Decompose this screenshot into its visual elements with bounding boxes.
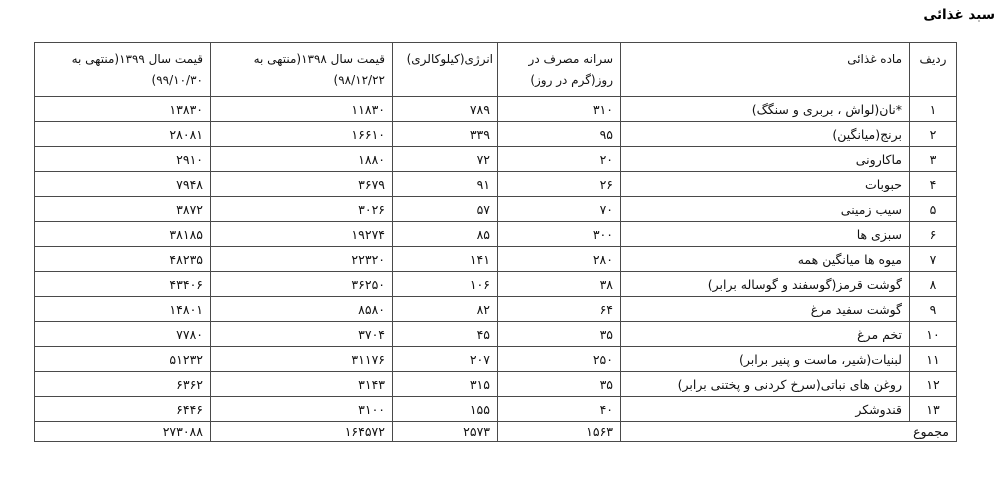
food-item-cell: قندوشکر <box>621 397 910 422</box>
consumption-cell: ۹۵ <box>498 122 621 147</box>
row-number-cell: ۹ <box>910 297 957 322</box>
food-item-cell: *نان(لواش ، بربری و سنگگ) <box>621 97 910 122</box>
total-price-1398-cell: ۱۶۴۵۷۲ <box>211 422 393 442</box>
consumption-cell: ۳۸ <box>498 272 621 297</box>
row-number-cell: ۸ <box>910 272 957 297</box>
price-1399-cell: ۵۱۲۳۲ <box>35 347 211 372</box>
food-item-cell: ماکارونی <box>621 147 910 172</box>
table-row: ۹گوشت سفید مرغ۶۴۸۲۸۵۸۰۱۴۸۰۱ <box>35 297 957 322</box>
energy-cell: ۲۰۷ <box>393 347 498 372</box>
energy-cell: ۵۷ <box>393 197 498 222</box>
header-row: ردیف ماده غذائی سرانه مصرف در روز(گرم در… <box>35 43 957 97</box>
food-basket-table: ردیف ماده غذائی سرانه مصرف در روز(گرم در… <box>34 42 957 442</box>
price-1399-cell: ۴۸۲۳۵ <box>35 247 211 272</box>
row-number-cell: ۱ <box>910 97 957 122</box>
price-1399-cell: ۳۸۱۸۵ <box>35 222 211 247</box>
price-1398-cell: ۳۱۱۷۶ <box>211 347 393 372</box>
row-number-cell: ۱۰ <box>910 322 957 347</box>
consumption-cell: ۲۶ <box>498 172 621 197</box>
price-1399-cell: ۶۴۴۶ <box>35 397 211 422</box>
price-1399-cell: ۲۸۰۸۱ <box>35 122 211 147</box>
total-consumption-cell: ۱۵۶۳ <box>498 422 621 442</box>
energy-cell: ۷۲ <box>393 147 498 172</box>
row-number-cell: ۶ <box>910 222 957 247</box>
row-number-cell: ۱۱ <box>910 347 957 372</box>
price-1398-cell: ۳۰۲۶ <box>211 197 393 222</box>
table-row: ۶سبزی ها۳۰۰۸۵۱۹۲۷۴۳۸۱۸۵ <box>35 222 957 247</box>
price-1398-cell: ۳۶۲۵۰ <box>211 272 393 297</box>
consumption-cell: ۳۵ <box>498 322 621 347</box>
price-1398-cell: ۱۹۲۷۴ <box>211 222 393 247</box>
row-number-cell: ۳ <box>910 147 957 172</box>
price-1398-cell: ۱۱۸۳۰ <box>211 97 393 122</box>
price-1398-cell: ۳۱۴۳ <box>211 372 393 397</box>
consumption-cell: ۲۵۰ <box>498 347 621 372</box>
total-row: مجموع ۱۵۶۳ ۲۵۷۳ ۱۶۴۵۷۲ ۲۷۳۰۸۸ <box>35 422 957 442</box>
price-1398-cell: ۳۷۰۴ <box>211 322 393 347</box>
total-label: مجموع <box>621 422 957 442</box>
page: سبد غذائی ردیف ماده غذائی سرانه مصرف در … <box>0 0 1007 484</box>
price-1398-cell: ۱۶۶۱۰ <box>211 122 393 147</box>
energy-cell: ۳۱۵ <box>393 372 498 397</box>
energy-cell: ۸۲ <box>393 297 498 322</box>
row-number-cell: ۱۳ <box>910 397 957 422</box>
food-item-cell: سبزی ها <box>621 222 910 247</box>
price-1399-cell: ۷۹۴۸ <box>35 172 211 197</box>
consumption-cell: ۴۰ <box>498 397 621 422</box>
row-number-cell: ۷ <box>910 247 957 272</box>
col-header-food-item: ماده غذائی <box>621 43 910 97</box>
table-row: ۳ماکارونی۲۰۷۲۱۸۸۰۲۹۱۰ <box>35 147 957 172</box>
consumption-cell: ۲۸۰ <box>498 247 621 272</box>
price-1399-cell: ۱۴۸۰۱ <box>35 297 211 322</box>
row-number-cell: ۱۲ <box>910 372 957 397</box>
row-number-cell: ۵ <box>910 197 957 222</box>
table-row: ۸گوشت قرمز(گوسفند و گوساله برابر)۳۸۱۰۶۳۶… <box>35 272 957 297</box>
consumption-cell: ۲۰ <box>498 147 621 172</box>
price-1399-cell: ۶۳۶۲ <box>35 372 211 397</box>
price-1399-cell: ۳۸۷۲ <box>35 197 211 222</box>
total-energy-cell: ۲۵۷۳ <box>393 422 498 442</box>
table-row: ۴حبوبات۲۶۹۱۳۶۷۹۷۹۴۸ <box>35 172 957 197</box>
row-number-cell: ۲ <box>910 122 957 147</box>
col-header-energy: انرژی(کیلوکالری) <box>393 43 498 97</box>
col-header-row-number: ردیف <box>910 43 957 97</box>
table-row: ۲برنج(میانگین)۹۵۳۳۹۱۶۶۱۰۲۸۰۸۱ <box>35 122 957 147</box>
table-body: ۱*نان(لواش ، بربری و سنگگ)۳۱۰۷۸۹۱۱۸۳۰۱۳۸… <box>35 97 957 422</box>
consumption-cell: ۶۴ <box>498 297 621 322</box>
col-header-consumption: سرانه مصرف در روز(گرم در روز) <box>498 43 621 97</box>
table-row: ۷میوه ها میانگین همه۲۸۰۱۴۱۲۲۳۲۰۴۸۲۳۵ <box>35 247 957 272</box>
energy-cell: ۱۵۵ <box>393 397 498 422</box>
food-item-cell: گوشت قرمز(گوسفند و گوساله برابر) <box>621 272 910 297</box>
energy-cell: ۱۴۱ <box>393 247 498 272</box>
total-price-1399-cell: ۲۷۳۰۸۸ <box>35 422 211 442</box>
consumption-cell: ۳۵ <box>498 372 621 397</box>
food-item-cell: برنج(میانگین) <box>621 122 910 147</box>
table-row: ۱۳قندوشکر۴۰۱۵۵۳۱۰۰۶۴۴۶ <box>35 397 957 422</box>
price-1398-cell: ۸۵۸۰ <box>211 297 393 322</box>
table-row: ۱۲روغن های نباتی(سرخ کردنی و پختنی برابر… <box>35 372 957 397</box>
energy-cell: ۷۸۹ <box>393 97 498 122</box>
price-1399-cell: ۷۷۸۰ <box>35 322 211 347</box>
table-row: ۱*نان(لواش ، بربری و سنگگ)۳۱۰۷۸۹۱۱۸۳۰۱۳۸… <box>35 97 957 122</box>
food-item-cell: تخم مرغ <box>621 322 910 347</box>
consumption-cell: ۳۱۰ <box>498 97 621 122</box>
page-title: سبد غذائی <box>923 7 995 23</box>
price-1398-cell: ۱۸۸۰ <box>211 147 393 172</box>
price-1399-cell: ۱۳۸۳۰ <box>35 97 211 122</box>
price-1398-cell: ۳۶۷۹ <box>211 172 393 197</box>
food-item-cell: حبوبات <box>621 172 910 197</box>
price-1399-cell: ۲۹۱۰ <box>35 147 211 172</box>
table-row: ۵سیب زمینی۷۰۵۷۳۰۲۶۳۸۷۲ <box>35 197 957 222</box>
energy-cell: ۳۳۹ <box>393 122 498 147</box>
food-item-cell: میوه ها میانگین همه <box>621 247 910 272</box>
energy-cell: ۴۵ <box>393 322 498 347</box>
food-item-cell: لبنیات(شیر، ماست و پنیر برابر) <box>621 347 910 372</box>
energy-cell: ۹۱ <box>393 172 498 197</box>
row-number-cell: ۴ <box>910 172 957 197</box>
price-1399-cell: ۴۳۴۰۶ <box>35 272 211 297</box>
energy-cell: ۱۰۶ <box>393 272 498 297</box>
price-1398-cell: ۲۲۳۲۰ <box>211 247 393 272</box>
consumption-cell: ۳۰۰ <box>498 222 621 247</box>
food-item-cell: سیب زمینی <box>621 197 910 222</box>
energy-cell: ۸۵ <box>393 222 498 247</box>
consumption-cell: ۷۰ <box>498 197 621 222</box>
col-header-price-1399: قیمت سال ۱۳۹۹(منتهی به ۹۹/۱۰/۳۰) <box>35 43 211 97</box>
price-1398-cell: ۳۱۰۰ <box>211 397 393 422</box>
food-item-cell: گوشت سفید مرغ <box>621 297 910 322</box>
table-row: ۱۰تخم مرغ۳۵۴۵۳۷۰۴۷۷۸۰ <box>35 322 957 347</box>
table-row: ۱۱لبنیات(شیر، ماست و پنیر برابر)۲۵۰۲۰۷۳۱… <box>35 347 957 372</box>
col-header-price-1398: قیمت سال ۱۳۹۸(منتهی به ۹۸/۱۲/۲۲) <box>211 43 393 97</box>
food-item-cell: روغن های نباتی(سرخ کردنی و پختنی برابر) <box>621 372 910 397</box>
